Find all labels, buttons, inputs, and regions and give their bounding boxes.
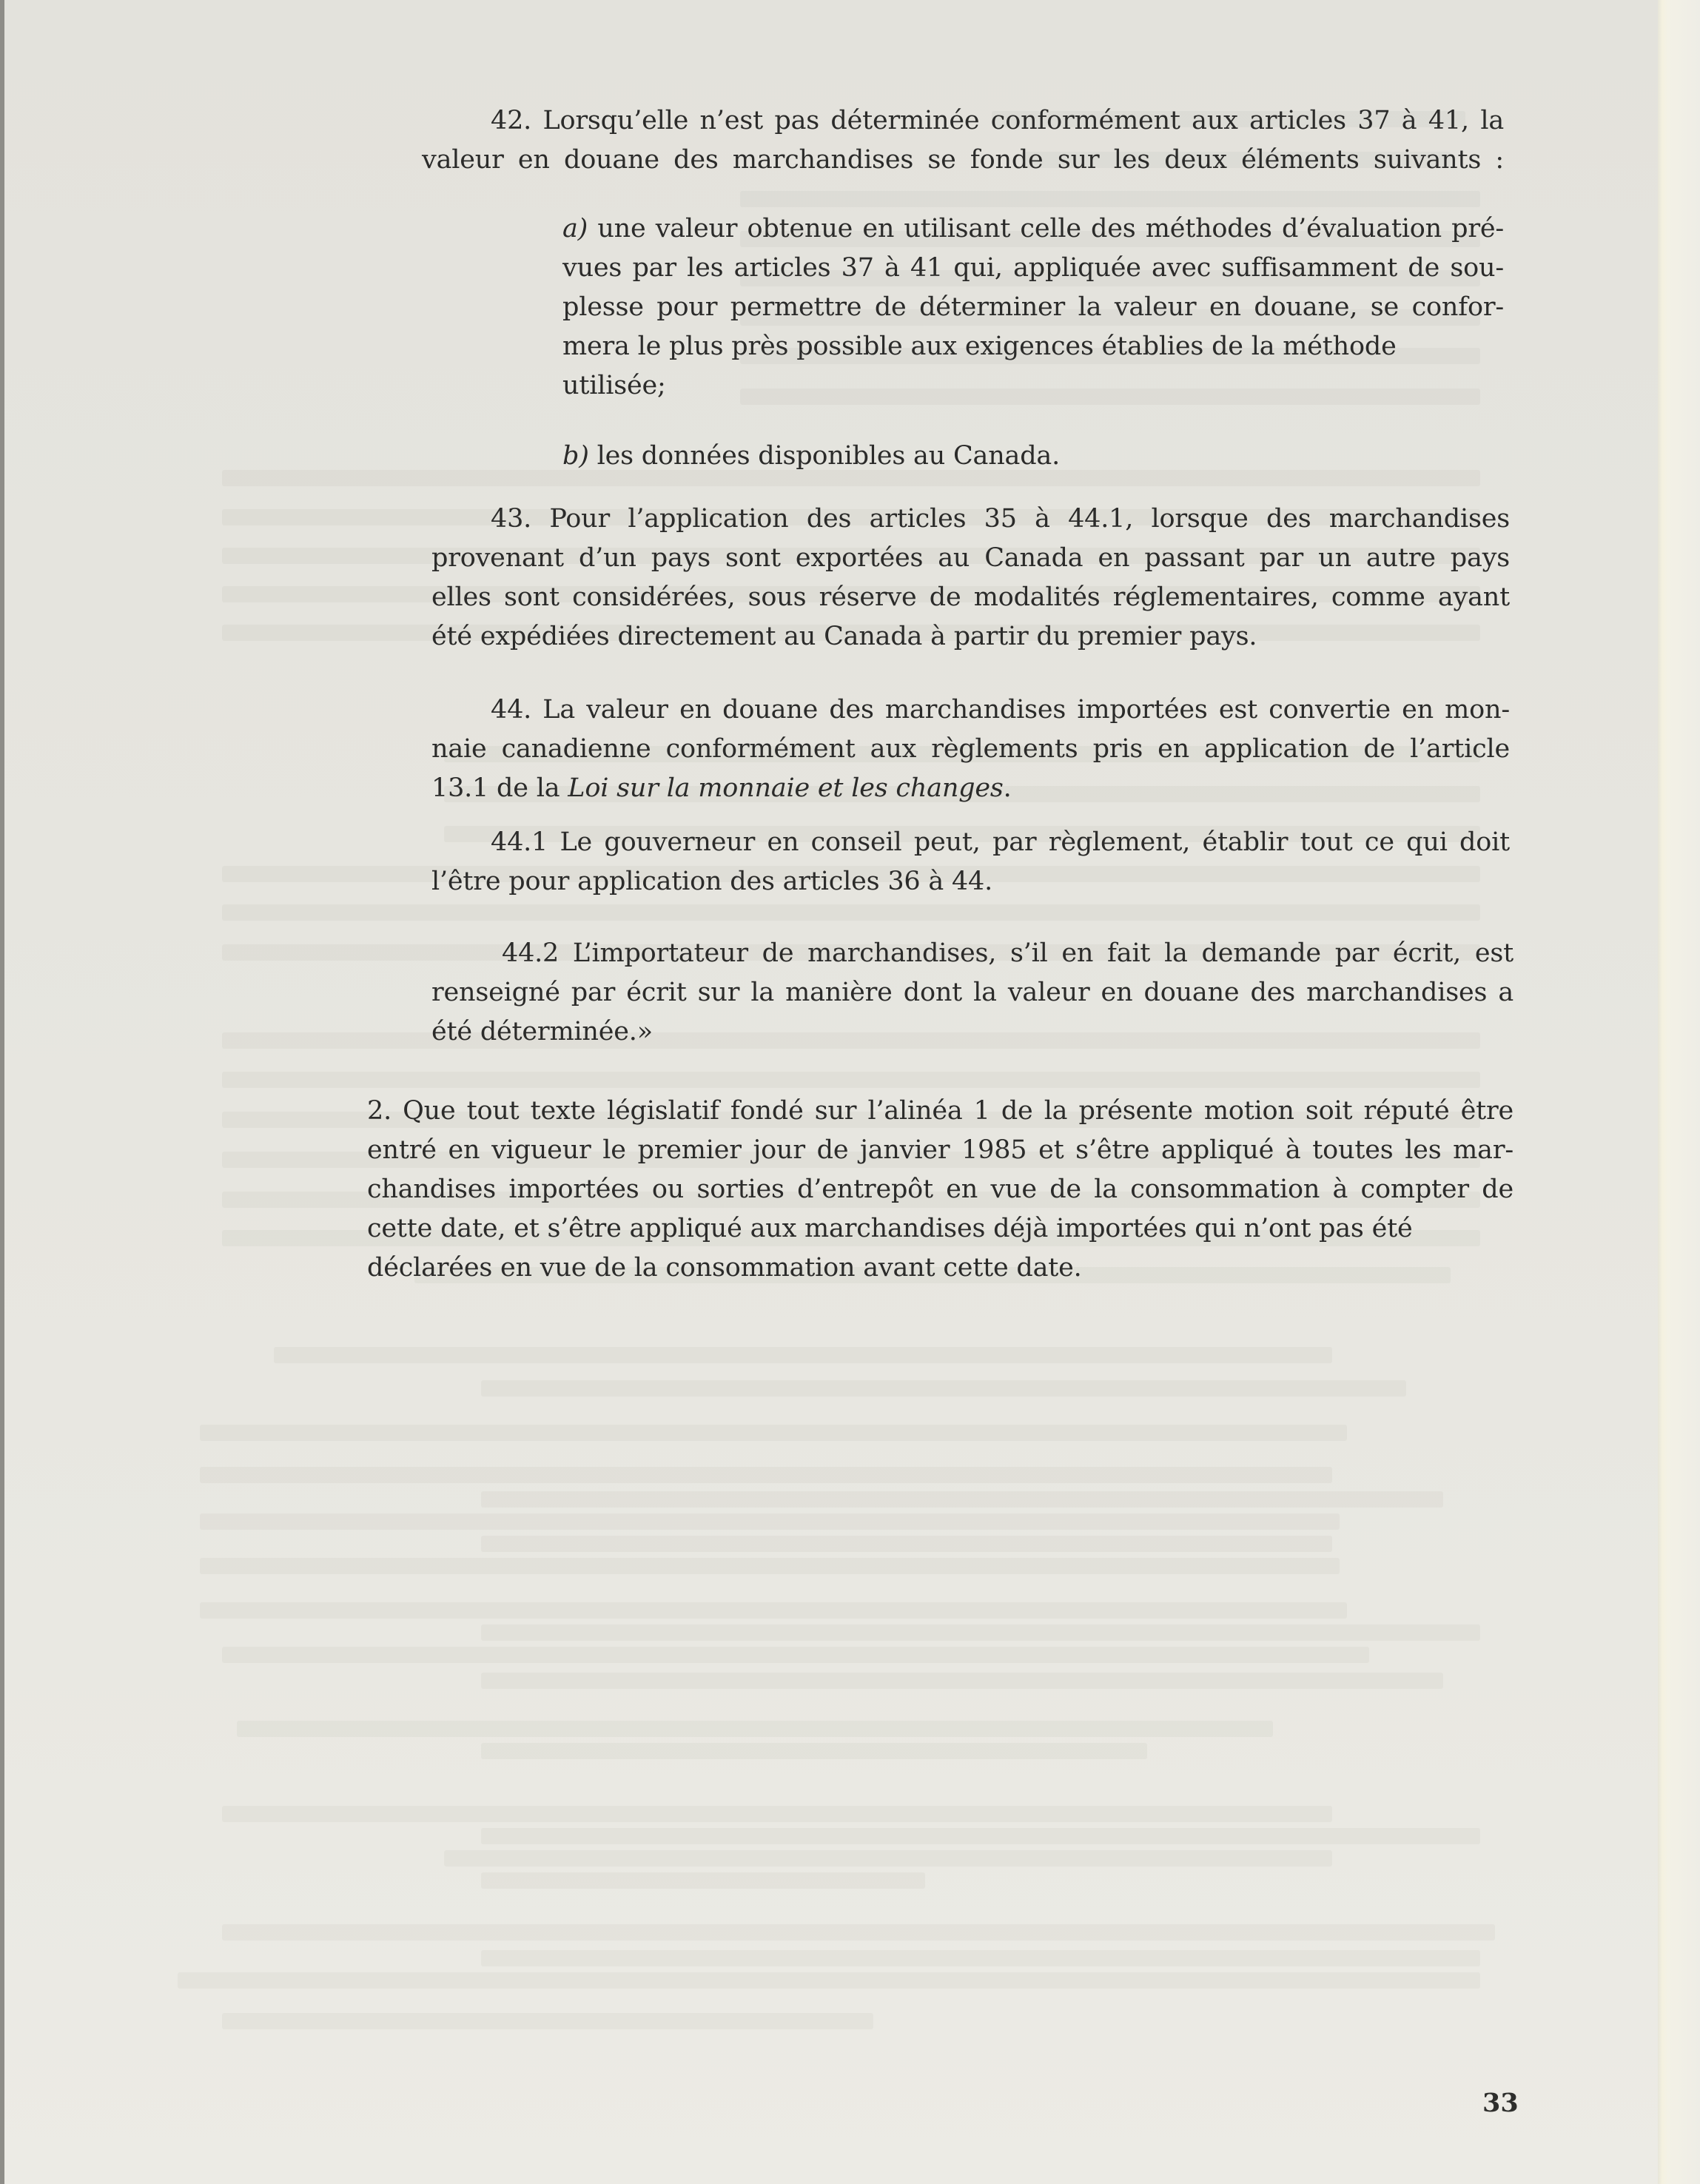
motion-2-line-2: entré en vigueur le premier jour de janv… [367, 1131, 1513, 1170]
article-42: 42. Lorsqu’elle n’est pas déterminée con… [422, 101, 1504, 180]
article-42-line-2: valeur en douane des marchandises se fon… [422, 141, 1504, 180]
article-44-line-3: 13.1 de la Loi sur la monnaie et les cha… [431, 769, 1510, 808]
article-44-line-3-prefix: 13.1 de la [431, 773, 568, 803]
article-44-2-line-1: 44.2 L’importateur de marchandises, s’il… [431, 934, 1513, 973]
article-44-1-line-1: 44.1 Le gouverneur en conseil peut, par … [431, 823, 1510, 862]
article-42-subparagraph-a: a) une valeur obtenue en utilisant celle… [562, 209, 1504, 406]
article-44-line-3-suffix: . [1004, 773, 1012, 803]
article-42-line-1: 42. Lorsqu’elle n’est pas déterminée con… [422, 101, 1504, 141]
subparagraph-b-text: les données disponibles au Canada. [589, 441, 1060, 471]
subparagraph-a-line-3: plesse pour permettre de déterminer la v… [562, 288, 1504, 327]
page-number: 33 [1482, 2089, 1519, 2118]
article-44-2: 44.2 L’importateur de marchandises, s’il… [431, 934, 1513, 1052]
article-44-line-2: naie canadienne conformément aux règleme… [431, 730, 1510, 769]
motion-paragraph-2: 2. Que tout texte législatif fondé sur l… [367, 1092, 1513, 1288]
article-43-line-4: été expédiées directement au Canada à pa… [431, 617, 1510, 656]
subparagraph-b-line: b) les données disponibles au Canada. [562, 437, 1504, 476]
article-44-2-line-2: renseigné par écrit sur la manière dont … [431, 973, 1513, 1012]
motion-2-line-5: déclarées en vue de la consommation avan… [367, 1249, 1513, 1288]
subparagraph-a-text: une valeur obtenue en utilisant celle de… [588, 214, 1504, 243]
page-right-edge-strip [1658, 0, 1700, 2184]
article-43-line-3: elles sont considérées, sous réserve de … [431, 578, 1510, 617]
subparagraph-a-line-1: a) une valeur obtenue en utilisant celle… [562, 209, 1504, 249]
motion-2-line-4: cette date, et s’être appliqué aux march… [367, 1209, 1513, 1249]
article-44-1-line-2: l’être pour application des articles 36 … [431, 862, 1510, 901]
scanned-page: 42. Lorsqu’elle n’est pas déterminée con… [0, 0, 1700, 2184]
article-43: 43. Pour l’application des articles 35 à… [431, 500, 1510, 656]
page-left-edge-shadow [0, 0, 4, 2184]
act-title-currency-exchange: Loi sur la monnaie et les changes [568, 773, 1003, 803]
article-44-line-1: 44. La valeur en douane des marchandises… [431, 691, 1510, 730]
article-42-subparagraph-b: b) les données disponibles au Canada. [562, 437, 1504, 476]
article-43-line-1: 43. Pour l’application des articles 35 à… [431, 500, 1510, 539]
subparagraph-a-line-4: mera le plus près possible aux exigences… [562, 327, 1504, 366]
subparagraph-a-line-2: vues par les articles 37 à 41 qui, appli… [562, 249, 1504, 288]
subparagraph-b-label: b) [562, 441, 589, 471]
motion-2-line-3: chandises importées ou sorties d’entrepô… [367, 1170, 1513, 1209]
subparagraph-a-label: a) [562, 214, 588, 243]
subparagraph-a-line-5: utilisée; [562, 366, 1504, 406]
article-44: 44. La valeur en douane des marchandises… [431, 691, 1510, 808]
article-43-line-2: provenant d’un pays sont exportées au Ca… [431, 539, 1510, 578]
article-44-1: 44.1 Le gouverneur en conseil peut, par … [431, 823, 1510, 901]
article-44-2-line-3: été déterminée.» [431, 1012, 1513, 1052]
motion-2-line-1: 2. Que tout texte législatif fondé sur l… [367, 1092, 1513, 1131]
